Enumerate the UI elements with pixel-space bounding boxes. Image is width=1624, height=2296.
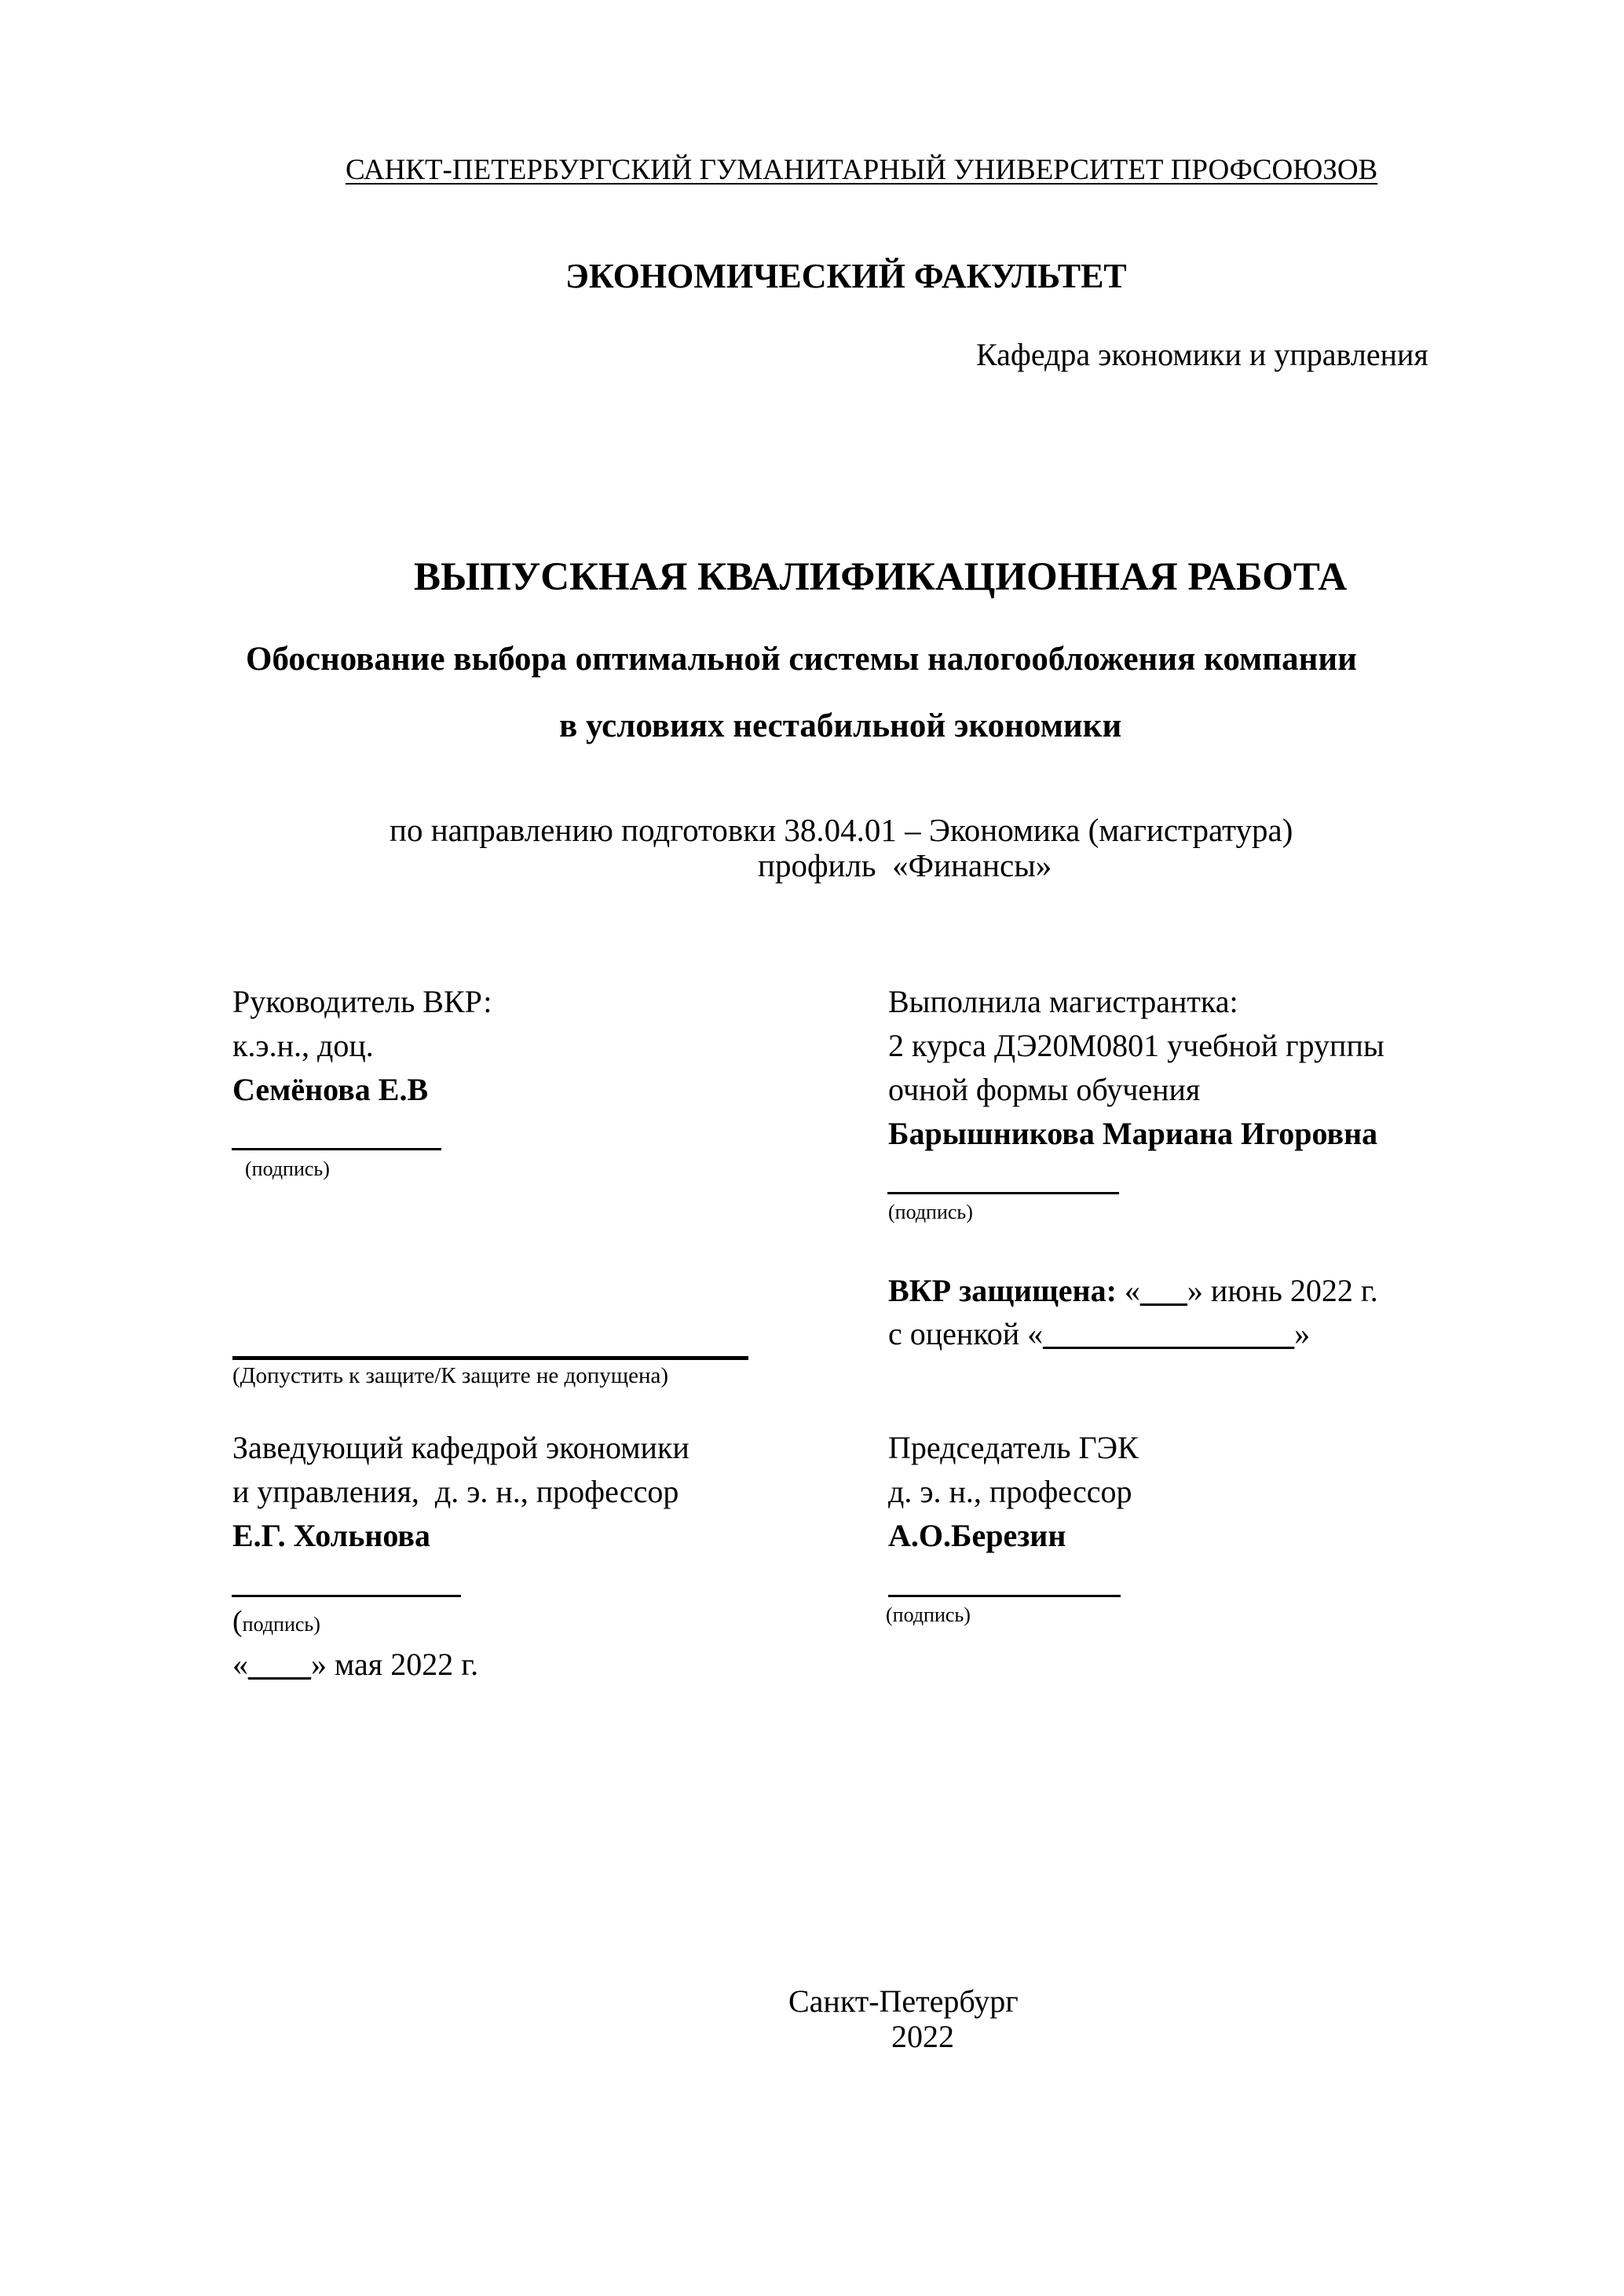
head-role-line-1: Заведующий кафедрой экономики [232, 1432, 689, 1464]
defense-label: ВКР защищена: [888, 1273, 1117, 1308]
chair-signature-line [888, 1595, 1121, 1597]
supervisor-degree: к.э.н., доц. [232, 1030, 374, 1062]
student-signature-caption: (подпись) [888, 1202, 973, 1223]
supervisor-signature-caption: (подпись) [245, 1159, 330, 1179]
defense-open-quote: « [1117, 1273, 1140, 1308]
department-name: Кафедра экономики и управления [976, 339, 1428, 371]
head-role-line-2: и управления, д. э. н., профессор [232, 1476, 678, 1508]
defense-date-line: ВКР защищена: «___» июнь 2022 г. [888, 1275, 1378, 1307]
supervisor-role: Руководитель ВКР: [232, 986, 492, 1018]
faculty-name: ЭКОНОМИЧЕСКИЙ ФАКУЛЬТЕТ [565, 259, 1127, 294]
head-signature-caption: (подпись) [232, 1607, 320, 1636]
study-profile: профиль «Финансы» [758, 850, 1052, 882]
year: 2022 [891, 2021, 954, 2053]
head-signature-line [232, 1595, 461, 1597]
student-name: Барышникова Мариана Игоровна [888, 1118, 1377, 1150]
city: Санкт-Петербург [788, 1986, 1019, 2017]
student-group: 2 курса ДЭ20М0801 учебной группы [888, 1030, 1384, 1062]
chair-degree: д. э. н., профессор [888, 1476, 1132, 1508]
supervisor-signature-line [232, 1148, 441, 1150]
university-name: САНКТ-ПЕТЕРБУРГСКИЙ ГУМАНИТАРНЫЙ УНИВЕРС… [346, 155, 1377, 185]
work-type-title: ВЫПУСКНАЯ КВАЛИФИКАЦИОННАЯ РАБОТА [414, 558, 1347, 598]
chair-role: Председатель ГЭК [888, 1432, 1139, 1464]
date-open-quote: « [232, 1647, 248, 1682]
grade-close-quote: » [1294, 1316, 1310, 1351]
defense-grade-line: с оценкой «________________» [888, 1318, 1310, 1350]
student-signature-line [887, 1192, 1119, 1194]
topic-line-2: в условиях нестабильной экономики [559, 709, 1121, 743]
grade-label: с оценкой « [888, 1316, 1043, 1351]
study-direction: по направлению подготовки 38.04.01 – Эко… [390, 814, 1293, 846]
chair-signature-caption: (подпись) [886, 1605, 971, 1625]
date-day-blank[interactable]: ____ [248, 1647, 311, 1682]
topic-line-1: Обоснование выбора оптимальной системы н… [246, 642, 1357, 676]
admission-caption: (Допустить к защите/К защите не допущена… [232, 1365, 668, 1387]
head-name: Е.Г. Хольнова [232, 1520, 430, 1552]
defense-date-rest: » июнь 2022 г. [1187, 1273, 1378, 1308]
chair-name: А.О.Березин [888, 1520, 1066, 1552]
head-approval-date: «____» мая 2022 г. [232, 1649, 478, 1680]
admission-decision-line [232, 1356, 748, 1360]
grade-blank[interactable]: ________________ [1043, 1316, 1294, 1351]
defense-day-blank[interactable]: ___ [1140, 1273, 1187, 1308]
student-role: Выполнила магистрантка: [888, 986, 1238, 1018]
caption-rest: подпись) [243, 1613, 320, 1636]
student-study-form: очной формы обучения [888, 1074, 1200, 1106]
caption-open-paren: ( [232, 1605, 243, 1638]
supervisor-name: Семёнова Е.В [232, 1074, 428, 1106]
date-rest: » мая 2022 г. [311, 1647, 478, 1682]
